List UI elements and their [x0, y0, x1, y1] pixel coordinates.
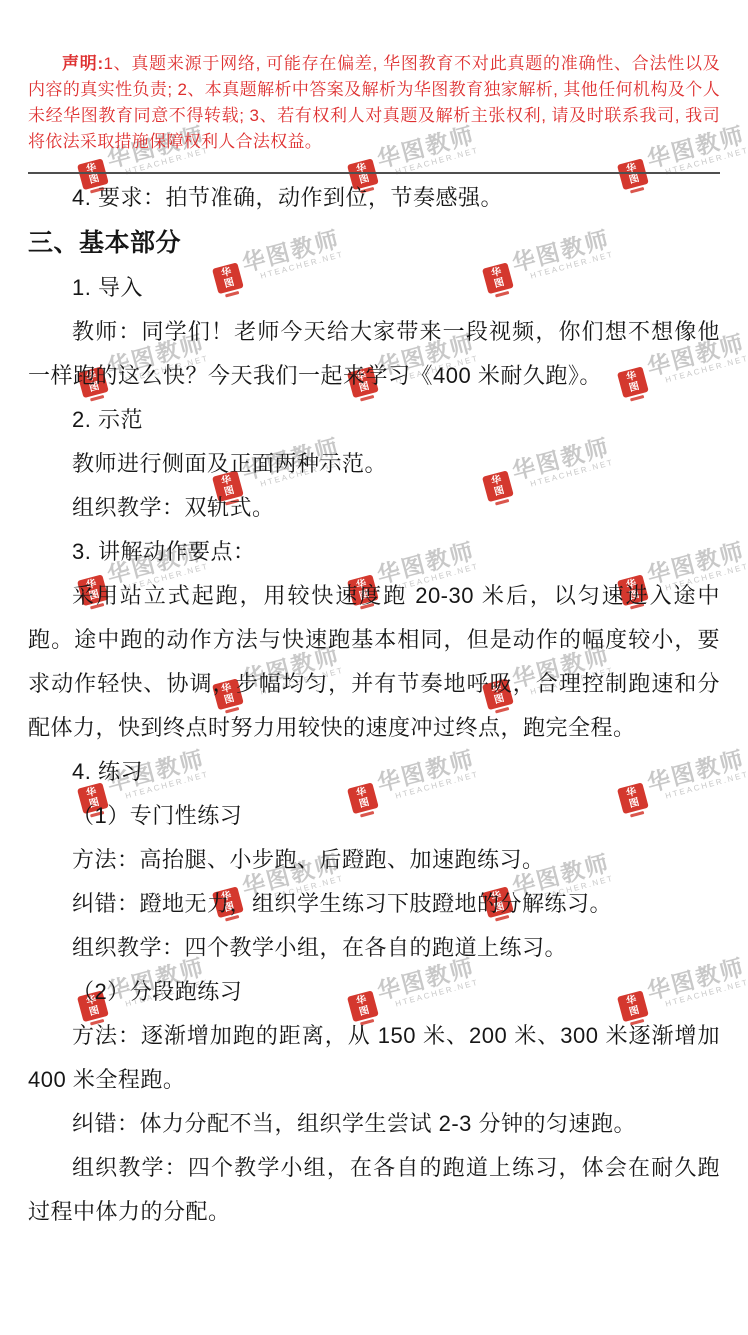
- paragraph: 4. 练习: [28, 750, 720, 794]
- paragraph: 纠错：体力分配不当，组织学生尝试 2-3 分钟的匀速跑。: [28, 1102, 720, 1146]
- paragraph: 教师：同学们！老师今天给大家带来一段视频，你们想不想像他一样跑的这么快？今天我们…: [28, 310, 720, 398]
- document-page: 华图华图教师HTEACHER.NET华图华图教师HTEACHER.NET华图华图…: [0, 0, 748, 1335]
- paragraph: （1）专门性练习: [28, 794, 720, 838]
- paragraph: 2. 示范: [28, 398, 720, 442]
- paragraph: （2）分段跑练习: [28, 970, 720, 1014]
- disclaimer-text: 1、真题来源于网络, 可能存在偏差, 华图教育不对此真题的准确性、合法性以及内容…: [28, 54, 720, 151]
- paragraph: 4. 要求：拍节准确，动作到位，节奏感强。: [28, 176, 720, 220]
- section-divider: [28, 172, 720, 174]
- paragraph: 方法：逐渐增加跑的距离，从 150 米、200 米、300 米逐渐增加 400 …: [28, 1014, 720, 1102]
- paragraph: 教师进行侧面及正面两种示范。: [28, 442, 720, 486]
- paragraph: 采用站立式起跑，用较快速度跑 20-30 米后，以匀速进入途中跑。途中跑的动作方…: [28, 574, 720, 750]
- paragraph: 组织教学：四个教学小组，在各自的跑道上练习。: [28, 926, 720, 970]
- paragraph: 组织教学：四个教学小组，在各自的跑道上练习，体会在耐久跑过程中体力的分配。: [28, 1146, 720, 1234]
- disclaimer-label: 声明:: [62, 54, 103, 73]
- paragraph: 方法：高抬腿、小步跑、后蹬跑、加速跑练习。: [28, 838, 720, 882]
- section-heading: 三、基本部分: [28, 220, 720, 266]
- disclaimer: 声明:1、真题来源于网络, 可能存在偏差, 华图教育不对此真题的准确性、合法性以…: [28, 51, 720, 155]
- paragraph: 1. 导入: [28, 266, 720, 310]
- document-body: 4. 要求：拍节准确，动作到位，节奏感强。三、基本部分1. 导入教师：同学们！老…: [28, 176, 720, 1234]
- document-content: 声明:1、真题来源于网络, 可能存在偏差, 华图教育不对此真题的准确性、合法性以…: [0, 0, 748, 1234]
- paragraph: 纠错：蹬地无力，组织学生练习下肢蹬地的分解练习。: [28, 882, 720, 926]
- paragraph: 组织教学：双轨式。: [28, 486, 720, 530]
- paragraph: 3. 讲解动作要点：: [28, 530, 720, 574]
